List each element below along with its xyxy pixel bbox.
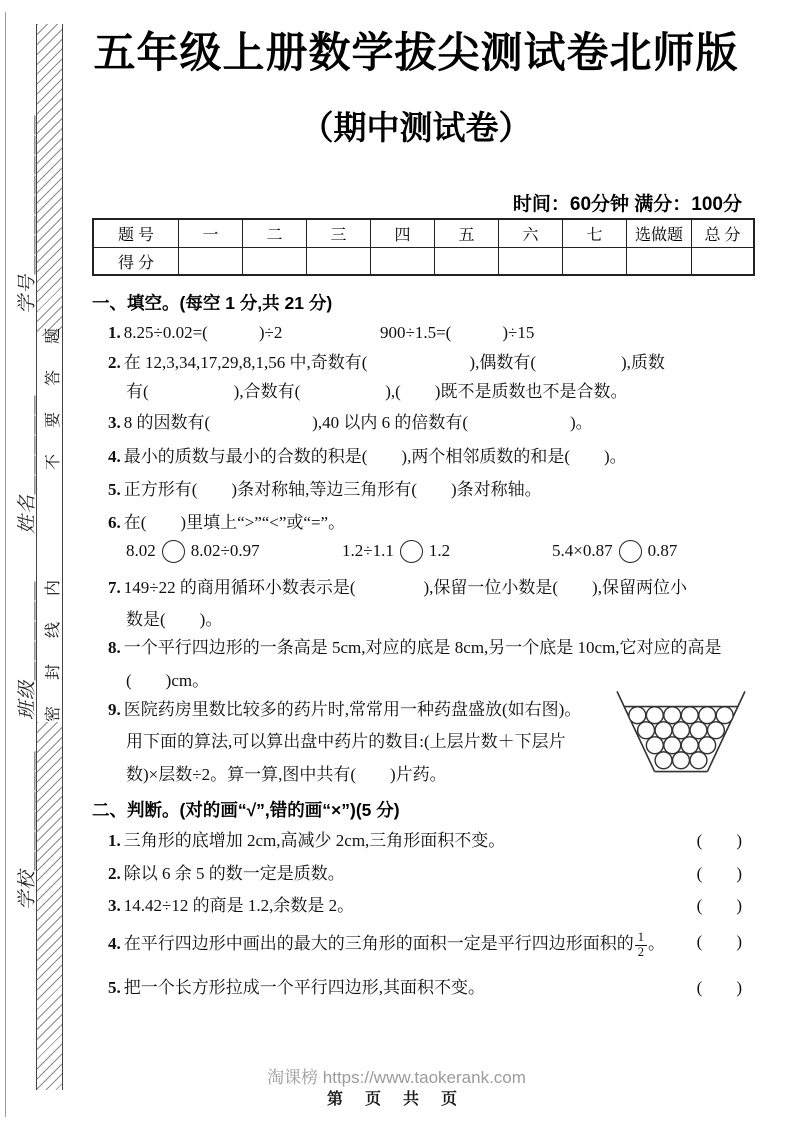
- score-table-header-cell: 题 号: [93, 219, 179, 248]
- question-text: 。: [648, 934, 665, 953]
- score-cell: [499, 248, 563, 276]
- score-table-header-cell: 总 分: [692, 219, 755, 248]
- question-number: 5.: [108, 978, 121, 997]
- comparison-right: 0.87: [648, 540, 678, 562]
- judge-q1: 1.三角形的底增加 2cm,高减少 2cm,三角形面积不变。 ( ): [108, 830, 742, 852]
- answer-paren: ( ): [697, 863, 742, 885]
- question-text: 900÷1.5=( )÷15: [380, 322, 534, 344]
- page-edge-line: [5, 12, 6, 1117]
- comparison-right: 8.02÷0.97: [191, 540, 260, 562]
- judge-section-heading: 二、判断。(对的画“√”,错的画“×”)(5 分): [92, 797, 400, 822]
- fill-q2-line1: 2.在 12,3,34,17,29,8,1,56 中,奇数有( ),偶数有( )…: [108, 352, 665, 374]
- question-number: 2.: [108, 864, 121, 883]
- page-title: 五年级上册数学拔尖测试卷北师版: [90, 20, 742, 80]
- answer-paren: ( ): [697, 895, 742, 917]
- judge-q5: 5.把一个长方形拉成一个平行四边形,其面积不变。 ( ): [108, 977, 742, 999]
- question-text: 一个平行四边形的一条高是 5cm,对应的底是 8cm,另一个底是 10cm,它对…: [124, 638, 722, 657]
- fill-q7-line1: 7.149÷22 的商用循环小数表示是( ),保留一位小数是( ),保留两位小: [108, 577, 687, 599]
- footer-page-numbers: 第 页 共 页: [0, 1086, 793, 1109]
- score-label-cell: 得 分: [93, 248, 179, 276]
- question-number: 8.: [108, 638, 121, 657]
- pill-tray-figure: [615, 690, 747, 778]
- fraction-numerator: 1: [635, 931, 647, 945]
- school-label: 学校＿＿＿＿＿＿: [12, 750, 39, 910]
- score-table-header-cell: 四: [371, 219, 435, 248]
- question-text: 三角形的底增加 2cm,高减少 2cm,三角形面积不变。: [124, 831, 506, 850]
- fraction-one-half: 12: [635, 931, 647, 960]
- score-table-header-cell: 七: [563, 219, 627, 248]
- footer-site-url: 淘课榜 https://www.taokerank.com: [0, 1063, 793, 1088]
- question-text: 数)×层数÷2。算一算,图中共有( )片药。: [126, 765, 447, 784]
- judge-q4: 4.在平行四边形中画出的最大的三角形的面积一定是平行四边形面积的12。 ( ): [108, 931, 742, 960]
- question-text: 在平行四边形中画出的最大的三角形的面积一定是平行四边形面积的: [124, 934, 634, 953]
- comparison-group: 5.4×0.870.87: [552, 540, 677, 563]
- fill-q2-line2: 有( ),合数有( ),( )既不是质数也不是合数。: [126, 381, 627, 403]
- question-number: 3.: [108, 413, 121, 432]
- fill-q9-line3: 数)×层数÷2。算一算,图中共有( )片药。: [126, 764, 447, 786]
- score-cell: [692, 248, 755, 276]
- pill-circles: [629, 707, 733, 769]
- score-table-header-cell: 二: [243, 219, 307, 248]
- class-label: 班级＿＿＿＿＿: [12, 580, 39, 720]
- fill-q1: 1.8.25÷0.02=( )÷2 900÷1.5=( )÷15: [108, 322, 282, 344]
- question-text: 数是( )。: [126, 610, 222, 629]
- score-cell: [563, 248, 627, 276]
- fill-q3: 3.8 的因数有( ),40 以内 6 的倍数有( )。: [108, 412, 593, 434]
- score-table: 题 号 一 二 三 四 五 六 七 选做题 总 分 得 分: [92, 218, 755, 276]
- fill-q9-line1: 9.医院药房里数比较多的药片时,常常用一种药盘盛放(如右图)。: [108, 699, 581, 721]
- answer-paren: ( ): [697, 830, 742, 852]
- question-number: 4.: [108, 934, 121, 953]
- score-table-score-row: 得 分: [93, 248, 754, 276]
- question-text: 149÷22 的商用循环小数表示是( ),保留一位小数是( ),保留两位小: [124, 578, 687, 597]
- score-table-header-cell: 一: [179, 219, 243, 248]
- score-cell: [179, 248, 243, 276]
- comparison-left: 1.2÷1.1: [342, 540, 394, 562]
- name-label: 姓名＿＿＿＿＿: [12, 394, 39, 534]
- comparison-right: 1.2: [429, 540, 450, 562]
- comparison-group: 8.028.02÷0.97: [126, 540, 260, 563]
- judge-q3: 3.14.42÷12 的商是 1.2,余数是 2。 ( ): [108, 895, 742, 917]
- comparison-left: 8.02: [126, 540, 156, 562]
- comparison-circle: [162, 540, 185, 563]
- comparison-circle: [619, 540, 642, 563]
- fraction-denominator: 2: [635, 945, 647, 960]
- score-cell: [243, 248, 307, 276]
- question-text: 有( ),合数有( ),( )既不是质数也不是合数。: [126, 382, 627, 401]
- question-number: 1.: [108, 831, 121, 850]
- seal-hatch-bottom: [37, 722, 62, 1090]
- score-table-header-cell: 五: [435, 219, 499, 248]
- question-text: 8 的因数有( ),40 以内 6 的倍数有( )。: [124, 413, 593, 432]
- question-text: 医院药房里数比较多的药片时,常常用一种药盘盛放(如右图)。: [124, 700, 582, 719]
- score-cell: [371, 248, 435, 276]
- answer-paren: ( ): [697, 977, 742, 999]
- seal-line-text: 密封线内 不要答题: [40, 302, 63, 722]
- score-cell: [627, 248, 692, 276]
- fill-q6: 6.在( )里填上“>”“<”或“=”。: [108, 512, 345, 534]
- fill-q5: 5.正方形有( )条对称轴,等边三角形有( )条对称轴。: [108, 479, 542, 501]
- comparison-left: 5.4×0.87: [552, 540, 613, 562]
- score-cell: [435, 248, 499, 276]
- fill-q9-line2: 用下面的算法,可以算出盘中药片的数目:(上层片数＋下层片: [126, 731, 566, 753]
- score-cell: [307, 248, 371, 276]
- fill-q8-line1: 8.一个平行四边形的一条高是 5cm,对应的底是 8cm,另一个底是 10cm,…: [108, 637, 722, 659]
- comparison-circle: [400, 540, 423, 563]
- exam-paper-page: 密封线内 不要答题 学号＿＿＿＿＿＿＿＿ 姓名＿＿＿＿＿ 班级＿＿＿＿＿ 学校＿…: [0, 0, 793, 1122]
- question-text: 除以 6 余 5 的数一定是质数。: [124, 864, 345, 883]
- question-number: 6.: [108, 513, 121, 532]
- question-text: 正方形有( )条对称轴,等边三角形有( )条对称轴。: [124, 480, 542, 499]
- fill-q8-line2: ( )cm。: [126, 670, 209, 692]
- question-text: 14.42÷12 的商是 1.2,余数是 2。: [124, 896, 354, 915]
- question-text: 在 12,3,34,17,29,8,1,56 中,奇数有( ),偶数有( ),质…: [124, 353, 665, 372]
- page-subtitle: （期中测试卷）: [90, 102, 742, 149]
- question-text: 把一个长方形拉成一个平行四边形,其面积不变。: [124, 978, 485, 997]
- seal-hatch-top: [37, 24, 62, 336]
- judge-q2: 2.除以 6 余 5 的数一定是质数。 ( ): [108, 863, 742, 885]
- question-number: 9.: [108, 700, 121, 719]
- question-text: ( )cm。: [126, 671, 209, 690]
- question-number: 4.: [108, 447, 121, 466]
- question-text: 最小的质数与最小的合数的积是( ),两个相邻质数的和是( )。: [124, 447, 627, 466]
- question-number: 7.: [108, 578, 121, 597]
- answer-paren: ( ): [697, 931, 742, 953]
- fill-q4: 4.最小的质数与最小的合数的积是( ),两个相邻质数的和是( )。: [108, 446, 627, 468]
- score-table-header-cell: 选做题: [627, 219, 692, 248]
- question-number: 2.: [108, 353, 121, 372]
- score-table-header-row: 题 号 一 二 三 四 五 六 七 选做题 总 分: [93, 219, 754, 248]
- question-number: 1.: [108, 323, 121, 342]
- question-text: 用下面的算法,可以算出盘中药片的数目:(上层片数＋下层片: [126, 732, 566, 751]
- fill-section-heading: 一、填空。(每空 1 分,共 21 分): [92, 290, 332, 315]
- question-text: 在( )里填上“>”“<”或“=”。: [124, 513, 345, 532]
- score-table-header-cell: 六: [499, 219, 563, 248]
- exam-meta: 时间：60分钟 满分：100分: [513, 189, 742, 216]
- question-number: 5.: [108, 480, 121, 499]
- fill-q7-line2: 数是( )。: [126, 609, 222, 631]
- question-number: 3.: [108, 896, 121, 915]
- question-text: 8.25÷0.02=( )÷2: [124, 323, 283, 342]
- score-table-header-cell: 三: [307, 219, 371, 248]
- student-number-label: 学号＿＿＿＿＿＿＿＿: [12, 114, 39, 314]
- comparison-group: 1.2÷1.11.2: [342, 540, 450, 563]
